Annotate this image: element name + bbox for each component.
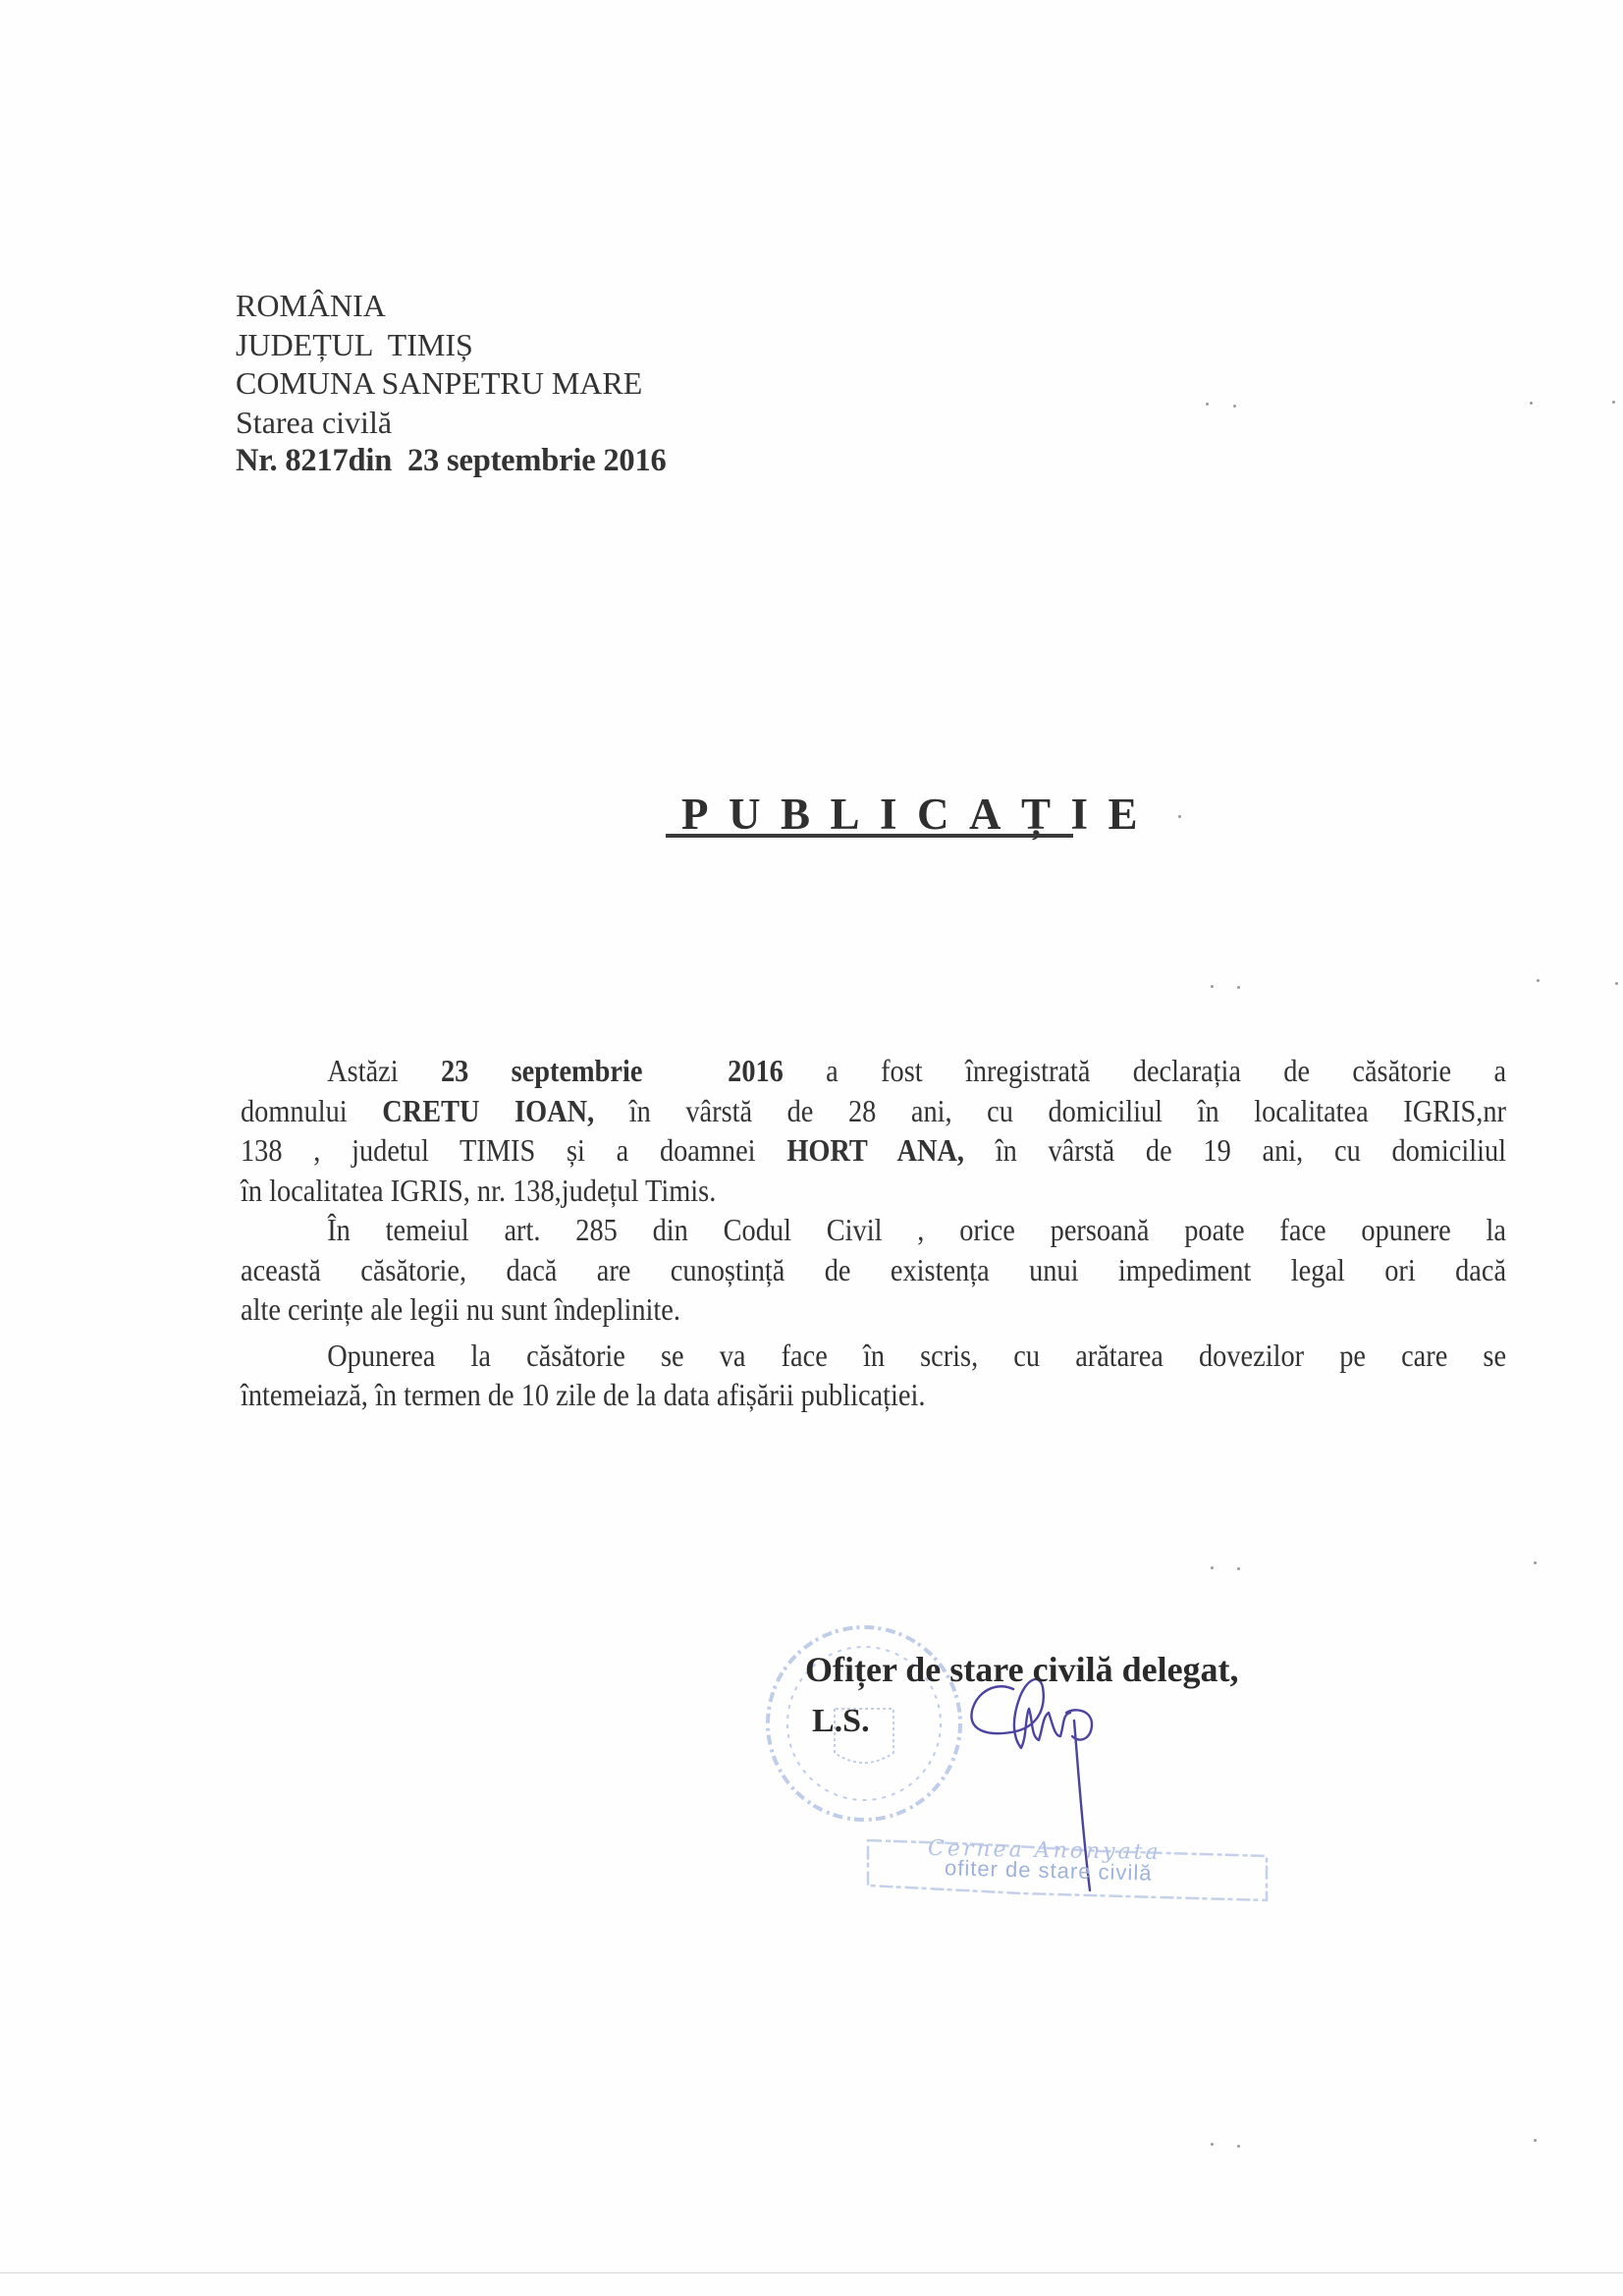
paragraph-1-line-4: în localitatea IGRIS, nr. 138,județul Ti… [241, 1172, 1506, 1212]
paragraph-1-line-3: 138 , judetul TIMIS și a doamnei HORT AN… [241, 1131, 1506, 1172]
country-line: ROMÂNIA [236, 287, 667, 326]
scan-speck [1211, 985, 1214, 988]
scan-speck [1530, 402, 1533, 405]
officer-title: Ofițer de stare civilă delegat, [805, 1650, 1239, 1689]
scan-edge-line [0, 2272, 1623, 2273]
reference-number: Nr. 8217din 23 septembrie 2016 [236, 442, 667, 481]
scan-speck [1206, 403, 1209, 406]
scan-speck [1534, 2139, 1537, 2142]
paragraph-2-line-2: această căsătorie, dacă are cunoștință d… [241, 1251, 1506, 1291]
scan-speck [1233, 405, 1236, 408]
scan-speck [1615, 982, 1618, 985]
issuer-header: ROMÂNIA JUDEȚUL TIMIȘ COMUNA SANPETRU MA… [236, 287, 667, 481]
title-underline [666, 834, 1073, 838]
department-line: Starea civilă [236, 404, 667, 443]
document-body: Astăzi 23 septembrie 2016 a fost înregis… [241, 1052, 1505, 1416]
paragraph-3-line-1: Opunerea la căsătorie se va face în scri… [241, 1337, 1506, 1377]
bride-name: HORT ANA, [786, 1133, 964, 1168]
scan-speck [1237, 986, 1240, 989]
paragraph-3-line-2: întemeiază, în termen de 10 zile de la d… [241, 1376, 1506, 1416]
paragraph-1-line-2: domnului CRETU IOAN, în vârstă de 28 ani… [241, 1092, 1506, 1132]
groom-name: CRETU IOAN, [382, 1094, 594, 1128]
scan-speck [1237, 2145, 1240, 2148]
document-page: ROMÂNIA JUDEȚUL TIMIȘ COMUNA SANPETRU MA… [0, 0, 1623, 2296]
scan-speck [1178, 815, 1181, 818]
county-line: JUDEȚUL TIMIȘ [236, 326, 667, 365]
commune-line: COMUNA SANPETRU MARE [236, 364, 667, 404]
scan-speck [1211, 2143, 1214, 2146]
seal-abbreviation: L.S. [812, 1702, 870, 1741]
document-title: PUBLICAȚIE [681, 792, 1158, 837]
scan-speck [1537, 979, 1540, 982]
scan-speck [1534, 1561, 1537, 1564]
scan-speck [1612, 401, 1615, 404]
scan-speck [1237, 1567, 1240, 1570]
paragraph-1-line-1: Astăzi 23 septembrie 2016 a fost înregis… [241, 1052, 1506, 1092]
stamp-officer-role: ofiter de stare civilă [945, 1855, 1153, 1886]
paragraph-2-line-3: alte cerințe ale legii nu sunt îndeplini… [241, 1290, 1506, 1331]
scan-speck [1211, 1566, 1214, 1569]
paragraph-2-line-1: În temeiul art. 285 din Codul Civil , or… [241, 1211, 1506, 1251]
